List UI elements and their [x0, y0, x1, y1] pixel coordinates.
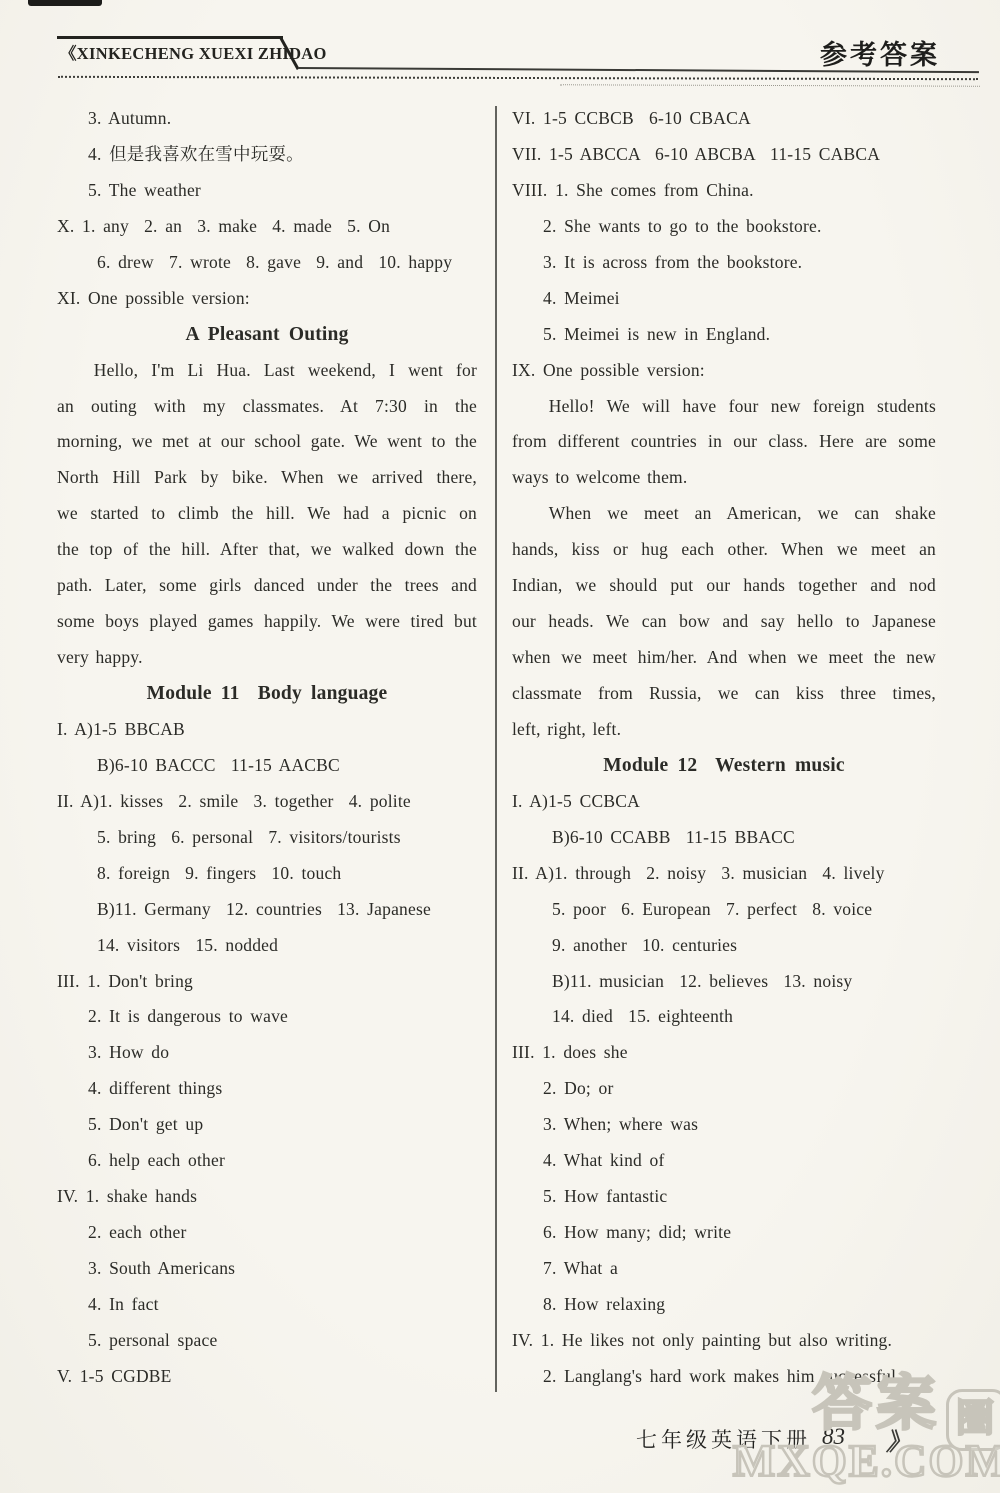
answer-line: 6. How many; did; write — [512, 1215, 936, 1251]
answer-line: II. A)1. kisses 2. smile 3. together 4. … — [57, 784, 477, 820]
answer-line: I. A)1-5 CCBCA — [512, 784, 936, 820]
scan-corner-artifact — [28, 0, 102, 6]
page-number: 83 — [822, 1424, 845, 1450]
answer-line: B)6-10 CCABB 11-15 BBACC — [512, 820, 936, 856]
answer-line: Hello, I'm Li Hua. Last weekend, I went … — [57, 353, 477, 389]
answer-line: I. A)1-5 BBCAB — [57, 712, 477, 748]
answer-line: 6. help each other — [57, 1143, 477, 1179]
answer-line: 2. Do; or — [512, 1071, 936, 1107]
answer-line: 8. foreign 9. fingers 10. touch — [57, 856, 477, 892]
dotted-divider-secondary — [560, 84, 980, 86]
answer-line: B)11. Germany 12. countries 13. Japanese — [57, 892, 477, 928]
answer-line: X. 1. any 2. an 3. make 4. made 5. On — [57, 209, 477, 245]
answer-line: VII. 1-5 ABCCA 6-10 ABCBA 11-15 CABCA — [512, 137, 936, 173]
answer-line: 7. What a — [512, 1251, 936, 1287]
answer-line: Hello! We will have four new foreign stu… — [512, 389, 936, 425]
answer-line: from different countries in our class. H… — [512, 424, 936, 460]
answer-line: B)6-10 BACCC 11-15 AACBC — [57, 748, 477, 784]
answer-line: the top of the hill. After that, we walk… — [57, 532, 477, 568]
answer-line: 4. What kind of — [512, 1143, 936, 1179]
left-column: 3. Autumn.4. 但是我喜欢在雪中玩耍。5. The weatherX.… — [57, 101, 477, 1395]
answer-line: 14. died 15. eighteenth — [512, 999, 936, 1035]
answer-line: 5. bring 6. personal 7. visitors/tourist… — [57, 820, 477, 856]
answer-line: When we meet an American, we can shake — [512, 496, 936, 532]
watermark-circle-logo-icon: 圈 — [946, 1389, 1000, 1451]
answer-line: path. Later, some girls danced under the… — [57, 568, 477, 604]
answer-line: Module 12 Western music — [512, 748, 936, 784]
answer-line: ways to welcome them. — [512, 460, 936, 496]
answer-line: Indian, we should put our hands together… — [512, 568, 936, 604]
answer-line: 3. When; where was — [512, 1107, 936, 1143]
answer-line: 2. It is dangerous to wave — [57, 999, 477, 1035]
answer-line: III. 1. does she — [512, 1035, 936, 1071]
answer-line: 4. Meimei — [512, 281, 936, 317]
answer-line: XI. One possible version: — [57, 281, 477, 317]
answer-line: our heads. We can bow and say hello to J… — [512, 604, 936, 640]
scanned-answer-page: 《XINKECHENG XUEXI ZHIDAO 参考答案 3. Autumn.… — [0, 0, 1000, 1493]
answer-line: 3. It is across from the bookstore. — [512, 245, 936, 281]
answer-line: 2. She wants to go to the bookstore. — [512, 209, 936, 245]
answer-line: III. 1. Don't bring — [57, 964, 477, 1000]
answer-line: morning, we met at our school gate. We w… — [57, 424, 477, 460]
answer-line: 2. each other — [57, 1215, 477, 1251]
answer-line: left, right, left. — [512, 712, 936, 748]
answer-line: 2. Langlang's hard work makes him succes… — [512, 1359, 936, 1395]
answer-line: II. A)1. through 2. noisy 3. musician 4.… — [512, 856, 936, 892]
answer-line: 5. The weather — [57, 173, 477, 209]
right-column: VI. 1-5 CCBCB 6-10 CBACAVII. 1-5 ABCCA 6… — [512, 101, 936, 1395]
answer-line: A Pleasant Outing — [57, 317, 477, 353]
answer-line: 4. 但是我喜欢在雪中玩耍。 — [57, 137, 477, 173]
book-title: 七年级英语下册 — [636, 1424, 811, 1454]
answer-line: VIII. 1. She comes from China. — [512, 173, 936, 209]
answer-line: when we meet him/her. And when we meet t… — [512, 640, 936, 676]
answer-line: 5. How fantastic — [512, 1179, 936, 1215]
answer-line: North Hill Park by bike. When we arrived… — [57, 460, 477, 496]
answer-line: 14. visitors 15. nodded — [57, 928, 477, 964]
column-divider — [495, 106, 497, 1392]
answer-line: an outing with my classmates. At 7:30 in… — [57, 389, 477, 425]
answer-line: hands, kiss or hug each other. When we m… — [512, 532, 936, 568]
answer-line: some boys played games happily. We were … — [57, 604, 477, 640]
answer-line: 9. another 10. centuries — [512, 928, 936, 964]
answer-line: 8. How relaxing — [512, 1287, 936, 1323]
answer-line: 3. Autumn. — [57, 101, 477, 137]
answer-line: IX. One possible version: — [512, 353, 936, 389]
answer-line: V. 1-5 CGDBE — [57, 1359, 477, 1395]
answer-line: Module 11 Body language — [57, 676, 477, 712]
answer-line: 4. different things — [57, 1071, 477, 1107]
answer-line: 4. In fact — [57, 1287, 477, 1323]
dotted-divider — [58, 76, 978, 80]
answer-line: IV. 1. He likes not only painting but al… — [512, 1323, 936, 1359]
chevron-icon: 》 — [886, 1422, 906, 1457]
answer-line: 5. Meimei is new in England. — [512, 317, 936, 353]
answer-line: VI. 1-5 CCBCB 6-10 CBACA — [512, 101, 936, 137]
answer-line: 3. How do — [57, 1035, 477, 1071]
answer-line: IV. 1. shake hands — [57, 1179, 477, 1215]
answer-line: 5. poor 6. European 7. perfect 8. voice — [512, 892, 936, 928]
answer-line: 6. drew 7. wrote 8. gave 9. and 10. happ… — [57, 245, 477, 281]
answer-line: 5. personal space — [57, 1323, 477, 1359]
answer-line: 5. Don't get up — [57, 1107, 477, 1143]
page-title: 参考答案 — [820, 33, 940, 72]
answer-line: we started to climb the hill. We had a p… — [57, 496, 477, 532]
answer-line: very happy. — [57, 640, 477, 676]
banner-top-rule — [57, 36, 283, 39]
answer-line: 3. South Americans — [57, 1251, 477, 1287]
answer-line: classmate from Russia, we can kiss three… — [512, 676, 936, 712]
answer-line: B)11. musician 12. believes 13. noisy — [512, 964, 936, 1000]
brand-title: 《XINKECHENG XUEXI ZHIDAO — [60, 40, 290, 64]
